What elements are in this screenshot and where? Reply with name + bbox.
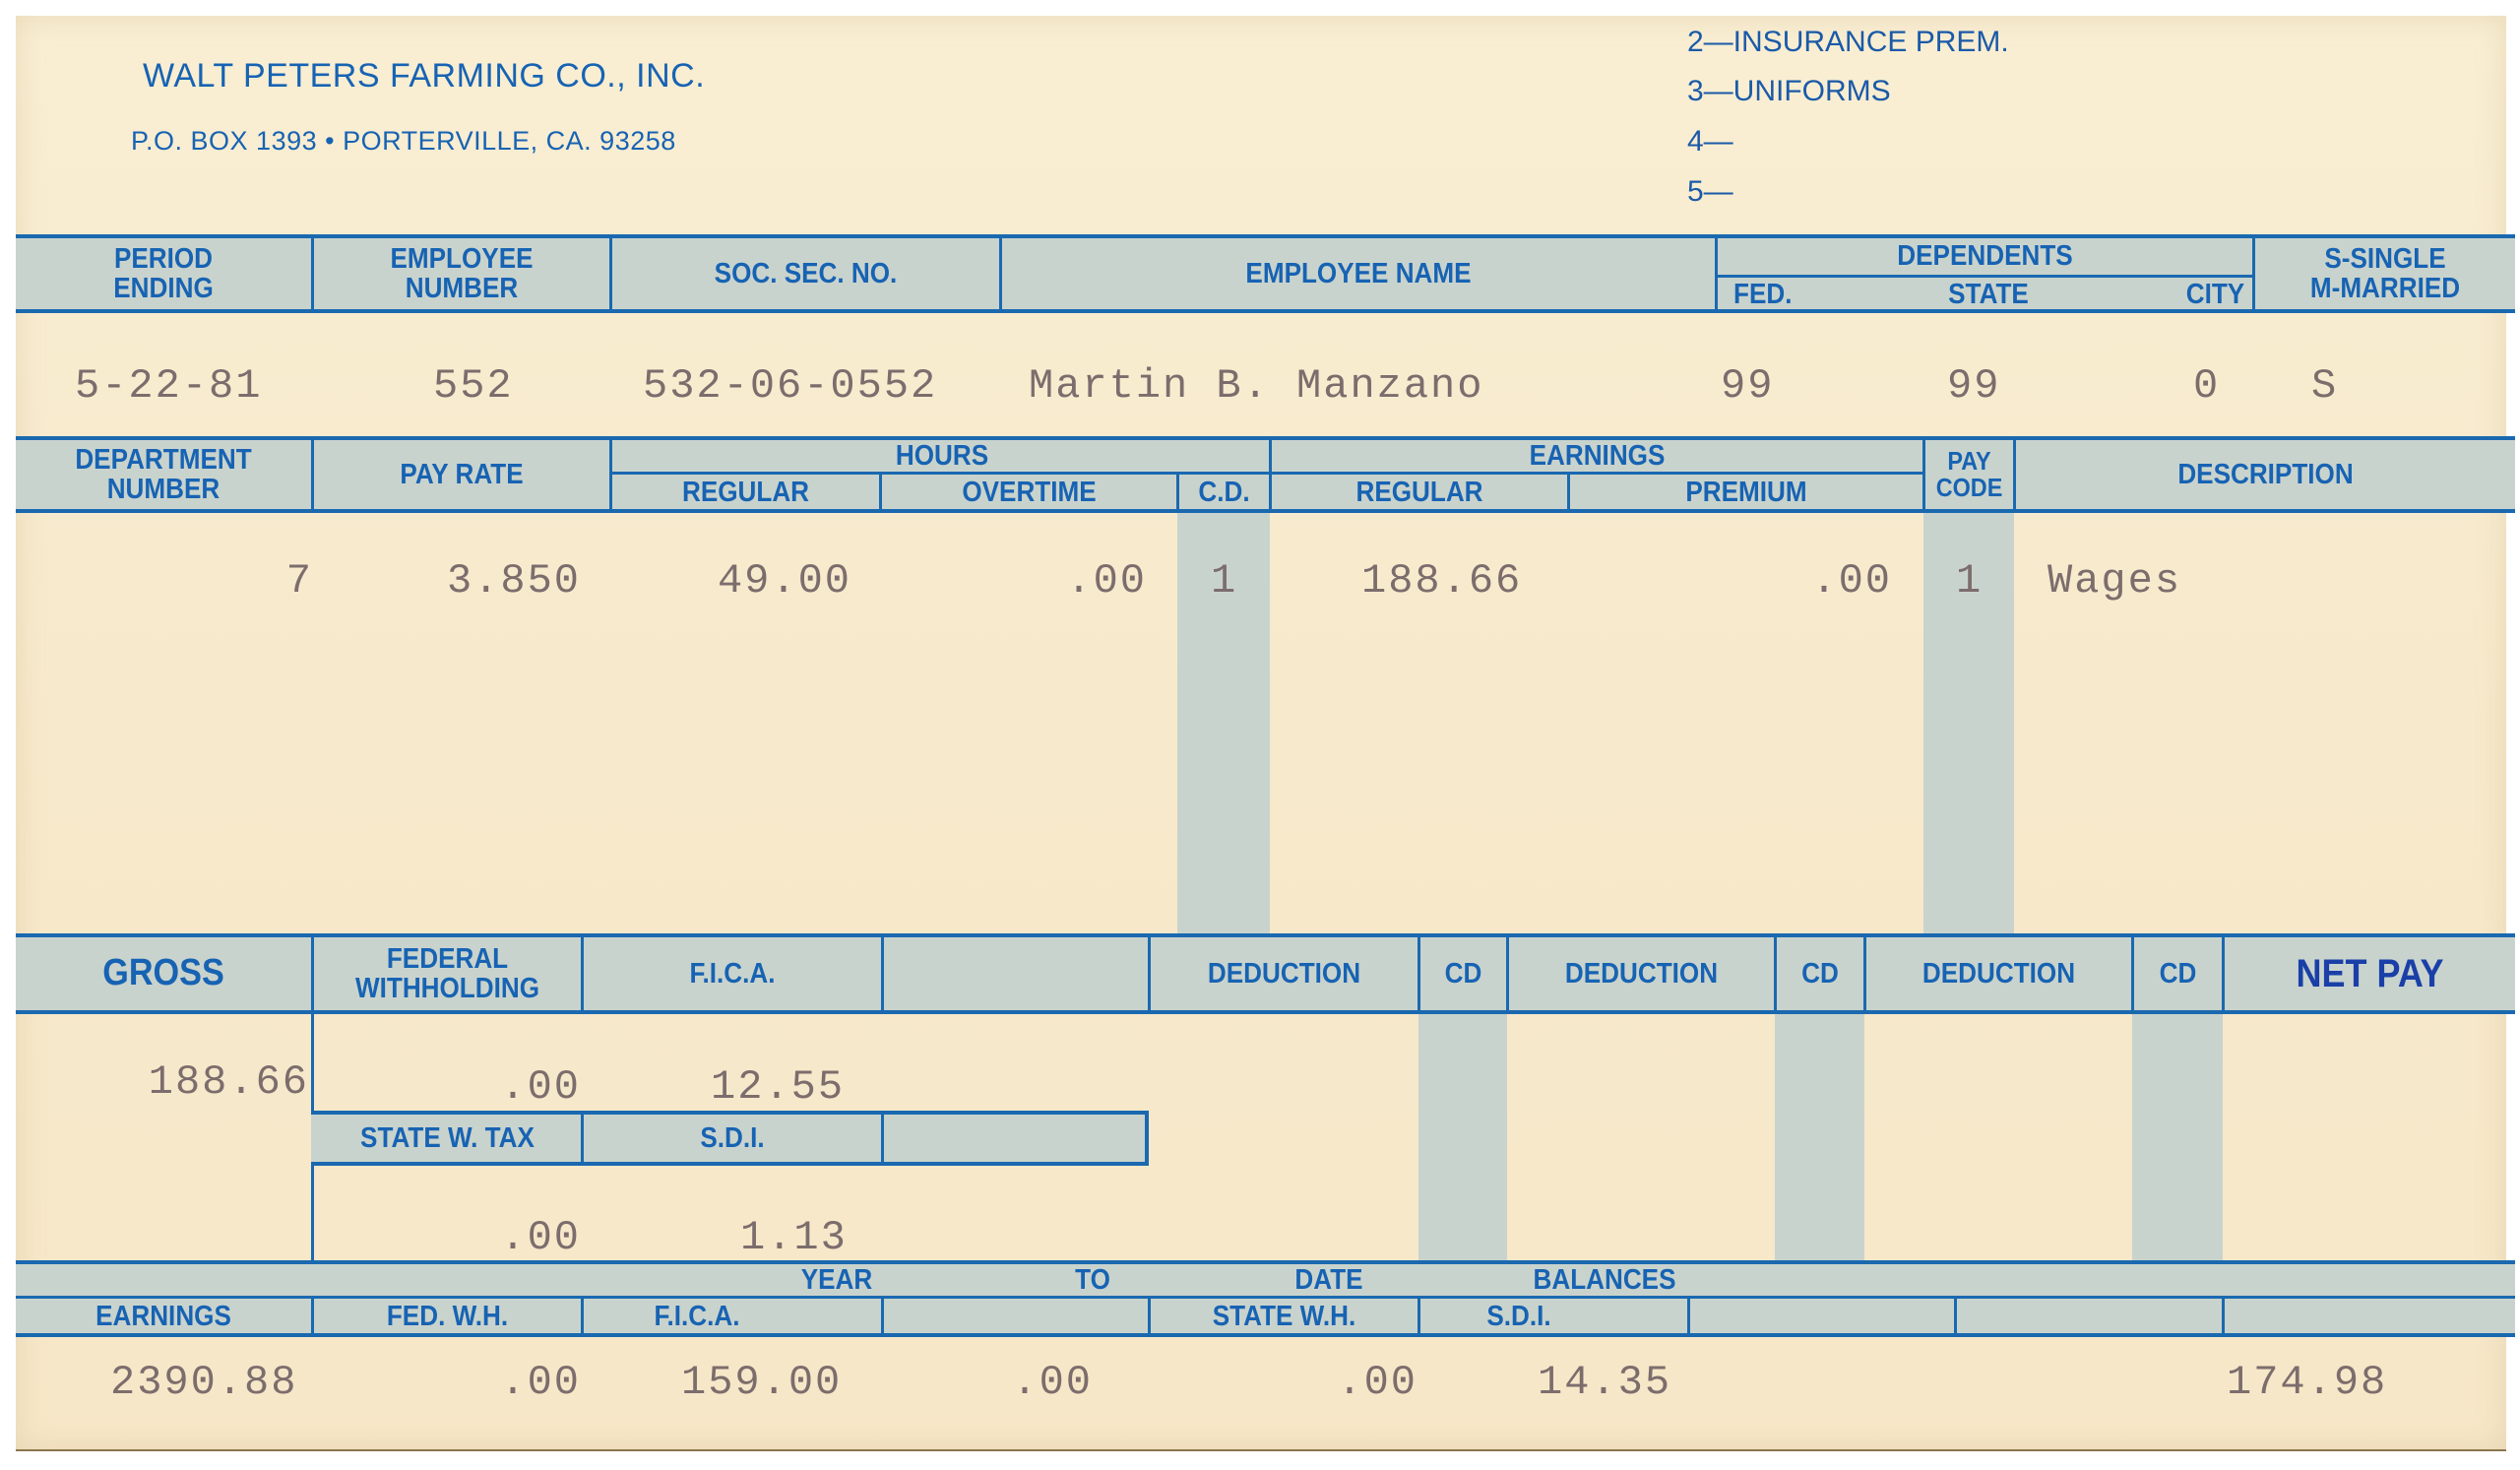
fica-value: 12.55	[711, 1063, 845, 1111]
rule	[581, 933, 584, 1014]
rule	[1922, 436, 1925, 513]
ytd-other-value: .00	[886, 1359, 1093, 1406]
cd-column-shade	[2132, 1011, 2223, 1262]
ssn-label: SOC. SEC. NO.	[632, 238, 980, 309]
sdi-value: 1.13	[740, 1214, 848, 1261]
ytd-fica-label: F.I.C.A.	[596, 1299, 799, 1334]
employee-number-label: EMPLOYEE NUMBER	[329, 238, 595, 309]
period-ending-value: 5-22-81	[75, 362, 262, 410]
ytd-earnings-label: EARNINGS	[31, 1299, 296, 1334]
department-value: 7	[197, 557, 313, 605]
earnings-premium-label: PREMIUM	[1588, 475, 1905, 510]
gross-value: 188.66	[98, 1058, 309, 1106]
cd-column-shade	[1418, 1011, 1507, 1262]
sdi-label: S.D.I.	[598, 1115, 866, 1162]
state-tax-value: .00	[394, 1214, 581, 1261]
cd-1-label: CD	[1424, 937, 1501, 1010]
hours-label: HOURS	[646, 440, 1239, 472]
net-pay-value: 174.98	[2227, 1359, 2387, 1406]
ytd-sdi-label: S.D.I.	[1430, 1299, 1607, 1334]
ytd-fed-wh-label: FED. W.H.	[328, 1299, 568, 1334]
ytd-fica-value: 159.00	[681, 1359, 842, 1406]
period-ending-label: PERIOD ENDING	[31, 238, 296, 309]
employee-name-label: EMPLOYEE NAME	[1038, 238, 1679, 309]
rule	[1567, 474, 1570, 513]
rule	[581, 1111, 584, 1166]
rule	[581, 1296, 584, 1337]
hours-overtime-value: .00	[945, 557, 1147, 605]
federal-withholding-value: .00	[394, 1063, 581, 1111]
fica-label: F.I.C.A.	[598, 937, 866, 1010]
employee-name-value: Martin B. Manzano	[1029, 362, 1483, 410]
rule	[609, 436, 612, 513]
rule	[311, 933, 314, 1260]
rule	[1417, 933, 1420, 1014]
ytd-year-label: YEAR	[792, 1264, 881, 1296]
ssn-value: 532-06-0552	[643, 362, 937, 410]
rule	[1715, 234, 1718, 313]
ytd-earnings-value: 2390.88	[110, 1359, 297, 1406]
cd-2-label: CD	[1781, 937, 1858, 1010]
rule	[2252, 234, 2255, 313]
rule	[2013, 436, 2016, 513]
company-name: WALT PETERS FARMING CO., INC.	[143, 57, 705, 96]
rule	[1417, 1296, 1420, 1337]
dependents-city-value: 0	[2193, 362, 2220, 410]
cd-column-shade	[1775, 1011, 1864, 1262]
rule	[311, 234, 314, 313]
rule	[1687, 1296, 1690, 1337]
rule	[1506, 933, 1509, 1014]
rule	[1148, 933, 1151, 1014]
rule	[1176, 474, 1179, 513]
rule	[311, 1296, 314, 1337]
hours-cd-value: 1	[1211, 557, 1237, 605]
earnings-regular-value: 188.66	[1361, 557, 1522, 605]
rule	[881, 1296, 884, 1337]
dependents-fed-value: 99	[1721, 362, 1774, 410]
ytd-sdi-value: 14.35	[1538, 1359, 1671, 1406]
deduction-code-2: 2—INSURANCE PREM.	[1687, 26, 2009, 59]
company-address: P.O. BOX 1393 • PORTERVILLE, CA. 93258	[131, 126, 676, 157]
dependents-label: DEPENDENTS	[1744, 238, 2226, 275]
deduction-code-3: 3—UNIFORMS	[1687, 75, 1891, 108]
ytd-fed-wh-value: .00	[394, 1359, 581, 1406]
net-pay-label: NET PAY	[2239, 937, 2501, 1010]
pay-code-label: PAY CODE	[1929, 440, 2008, 509]
description-value: Wages	[2047, 557, 2181, 605]
deduction-2-label: DEDUCTION	[1522, 937, 1760, 1010]
hours-cd-label: C.D.	[1184, 475, 1265, 510]
rule	[311, 436, 314, 513]
marital-status-value: S	[2311, 362, 2338, 410]
deduction-code-4: 4—	[1687, 125, 1733, 159]
ytd-to-label: TO	[1048, 1264, 1137, 1296]
ytd-state-wh-label: STATE W.H.	[1165, 1299, 1405, 1334]
ytd-date-label: DATE	[1285, 1264, 1373, 1296]
deduction-3-label: DEDUCTION	[1879, 937, 2117, 1010]
marital-status-label: S-SINGLE M-MARRIED	[2268, 238, 2502, 309]
dependents-state-value: 99	[1947, 362, 2000, 410]
deduction-code-5: 5—	[1687, 175, 1733, 209]
rule	[999, 234, 1002, 313]
pay-rate-label: PAY RATE	[329, 440, 595, 509]
dependents-city-label: CITY	[2142, 278, 2244, 311]
rule	[2222, 933, 2225, 1014]
dependents-state-label: STATE	[1900, 278, 2077, 311]
earnings-premium-value: .00	[1673, 557, 1892, 605]
rule	[2131, 933, 2134, 1014]
gross-label: GROSS	[31, 937, 296, 1010]
rule	[1148, 1296, 1151, 1337]
rule	[1954, 1296, 1957, 1337]
employee-number-value: 552	[433, 362, 514, 410]
hours-overtime-label: OVERTIME	[897, 475, 1162, 510]
pay-rate-value: 3.850	[374, 557, 581, 605]
rule	[609, 234, 612, 313]
rule	[1269, 436, 1272, 513]
deduction-1-label: DEDUCTION	[1165, 937, 1405, 1010]
ytd-state-wh-value: .00	[1181, 1359, 1417, 1406]
hours-regular-label: REGULAR	[626, 475, 866, 510]
earnings-regular-label: REGULAR	[1287, 475, 1552, 510]
hours-regular-value: 49.00	[630, 557, 851, 605]
rule	[881, 1111, 884, 1166]
rule	[881, 933, 884, 1014]
state-tax-label: STATE W. TAX	[328, 1115, 568, 1162]
cd-3-label: CD	[2138, 937, 2217, 1010]
rule	[879, 474, 882, 513]
rule	[2222, 1296, 2225, 1337]
rule	[1863, 933, 1866, 1014]
dependents-fed-label: FED.	[1725, 278, 1849, 311]
department-number-label: DEPARTMENT NUMBER	[31, 440, 296, 509]
ytd-balances-label: BALANCES	[1539, 1264, 1671, 1296]
rule	[1774, 933, 1777, 1014]
description-label: DESCRIPTION	[2041, 440, 2489, 509]
federal-withholding-label: FEDERAL WITHHOLDING	[328, 937, 568, 1010]
pay-code-value: 1	[1956, 557, 1983, 605]
earnings-label: EARNINGS	[1304, 440, 1890, 472]
